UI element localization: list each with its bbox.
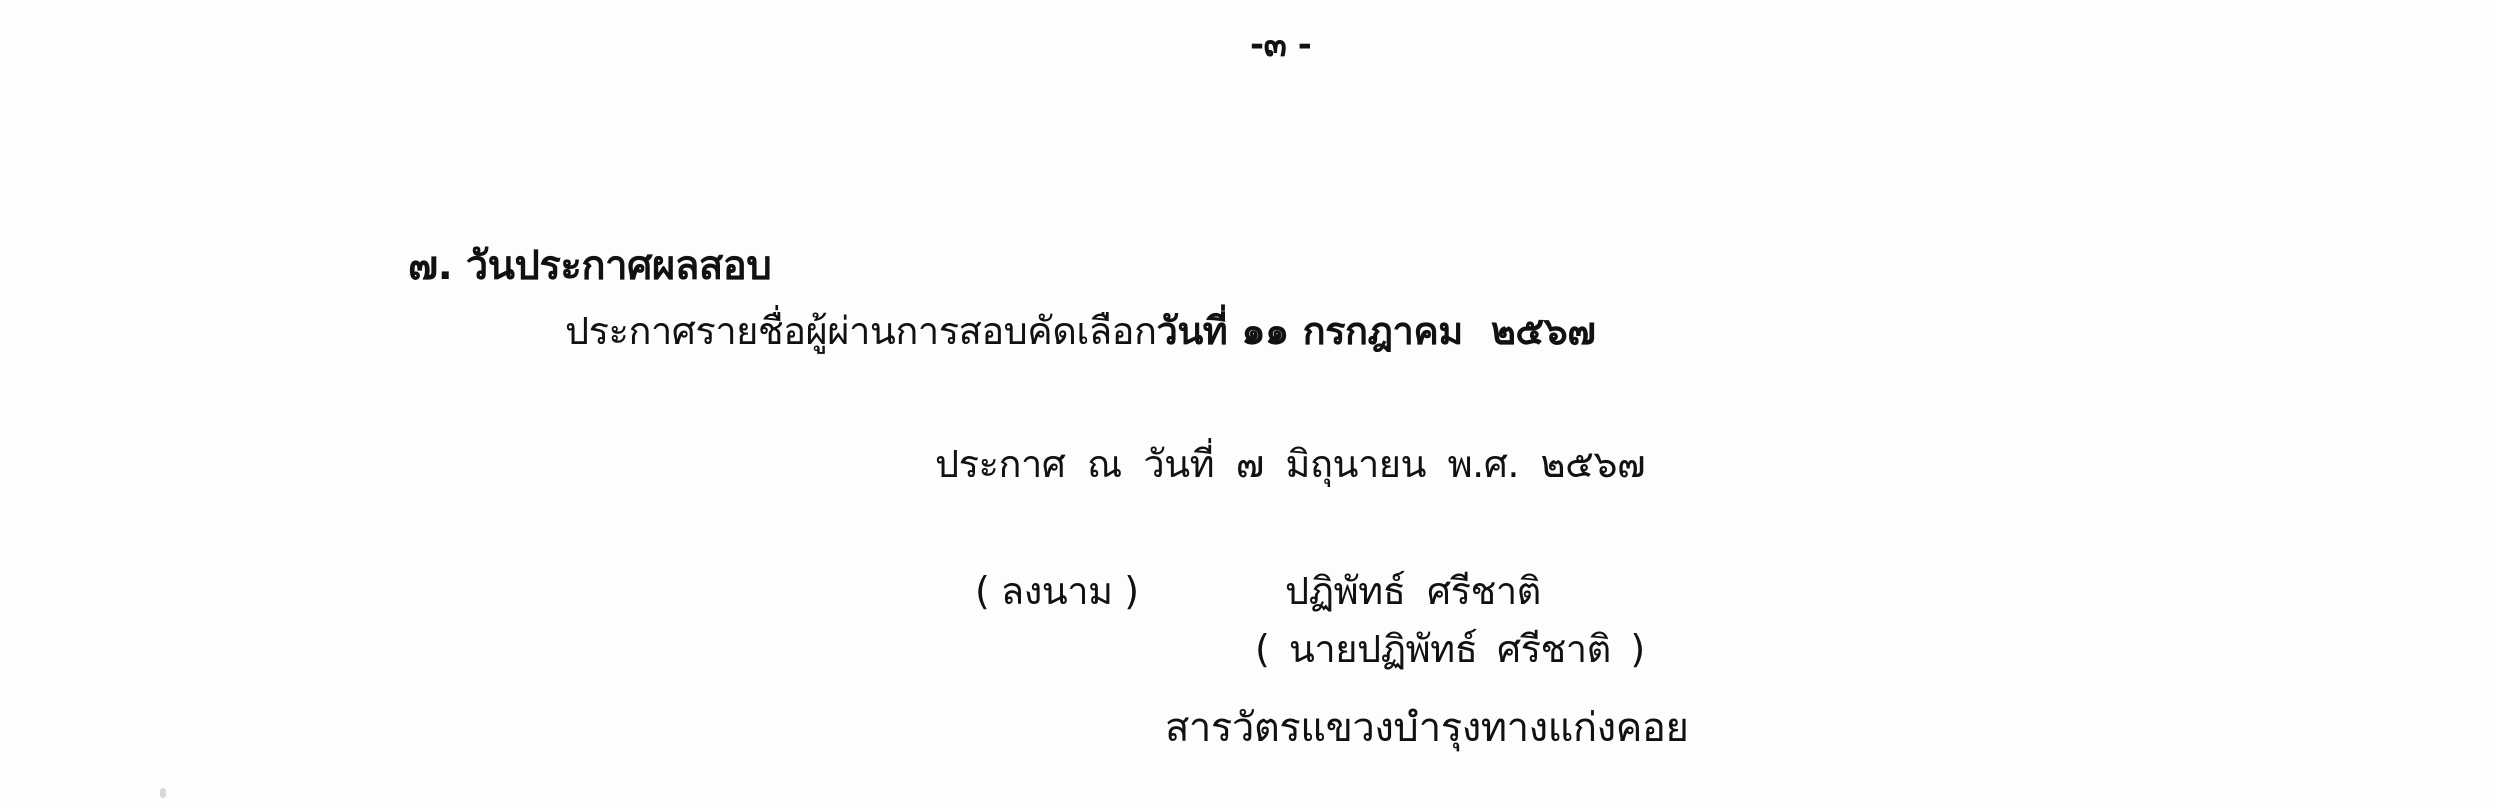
document-page: -๓ - ๗. วันประกาศผลสอบ ประกาศรายชื่อผู้ผ…: [0, 0, 2495, 808]
announcement-line: ประกาศรายชื่อผู้ผ่านการสอบคัดเลือกวันที่…: [565, 312, 1595, 350]
page-number: -๓ -: [1250, 28, 1311, 62]
issued-date-line: ประกาศ ณ วันที่ ๗ มิถุนายน พ.ศ. ๒๕๖๗: [935, 445, 1645, 483]
announcement-month: กรกฎาคม: [1303, 309, 1463, 353]
announcement-date-label: วันที่: [1156, 309, 1227, 353]
position-title: สารวัตรแขวงบำรุงทางแก่งคอย: [1165, 708, 1688, 748]
printed-name: ( นายปฏิพัทธ์ ศรีชาติ ): [1255, 630, 1645, 668]
signed-label: ( ลงนาม ): [975, 572, 1139, 610]
scan-artifact: [160, 788, 166, 798]
section-heading: ๗. วันประกาศผลสอบ: [408, 246, 771, 286]
announcement-day: ๑๑: [1241, 309, 1288, 353]
announcement-year: ๒๕๖๗: [1491, 309, 1596, 353]
announcement-prefix: ประกาศรายชื่อผู้ผ่านการสอบคัดเลือก: [565, 309, 1156, 353]
signature-name: ปฏิพัทธ์ ศรีชาติ: [1285, 572, 1541, 610]
